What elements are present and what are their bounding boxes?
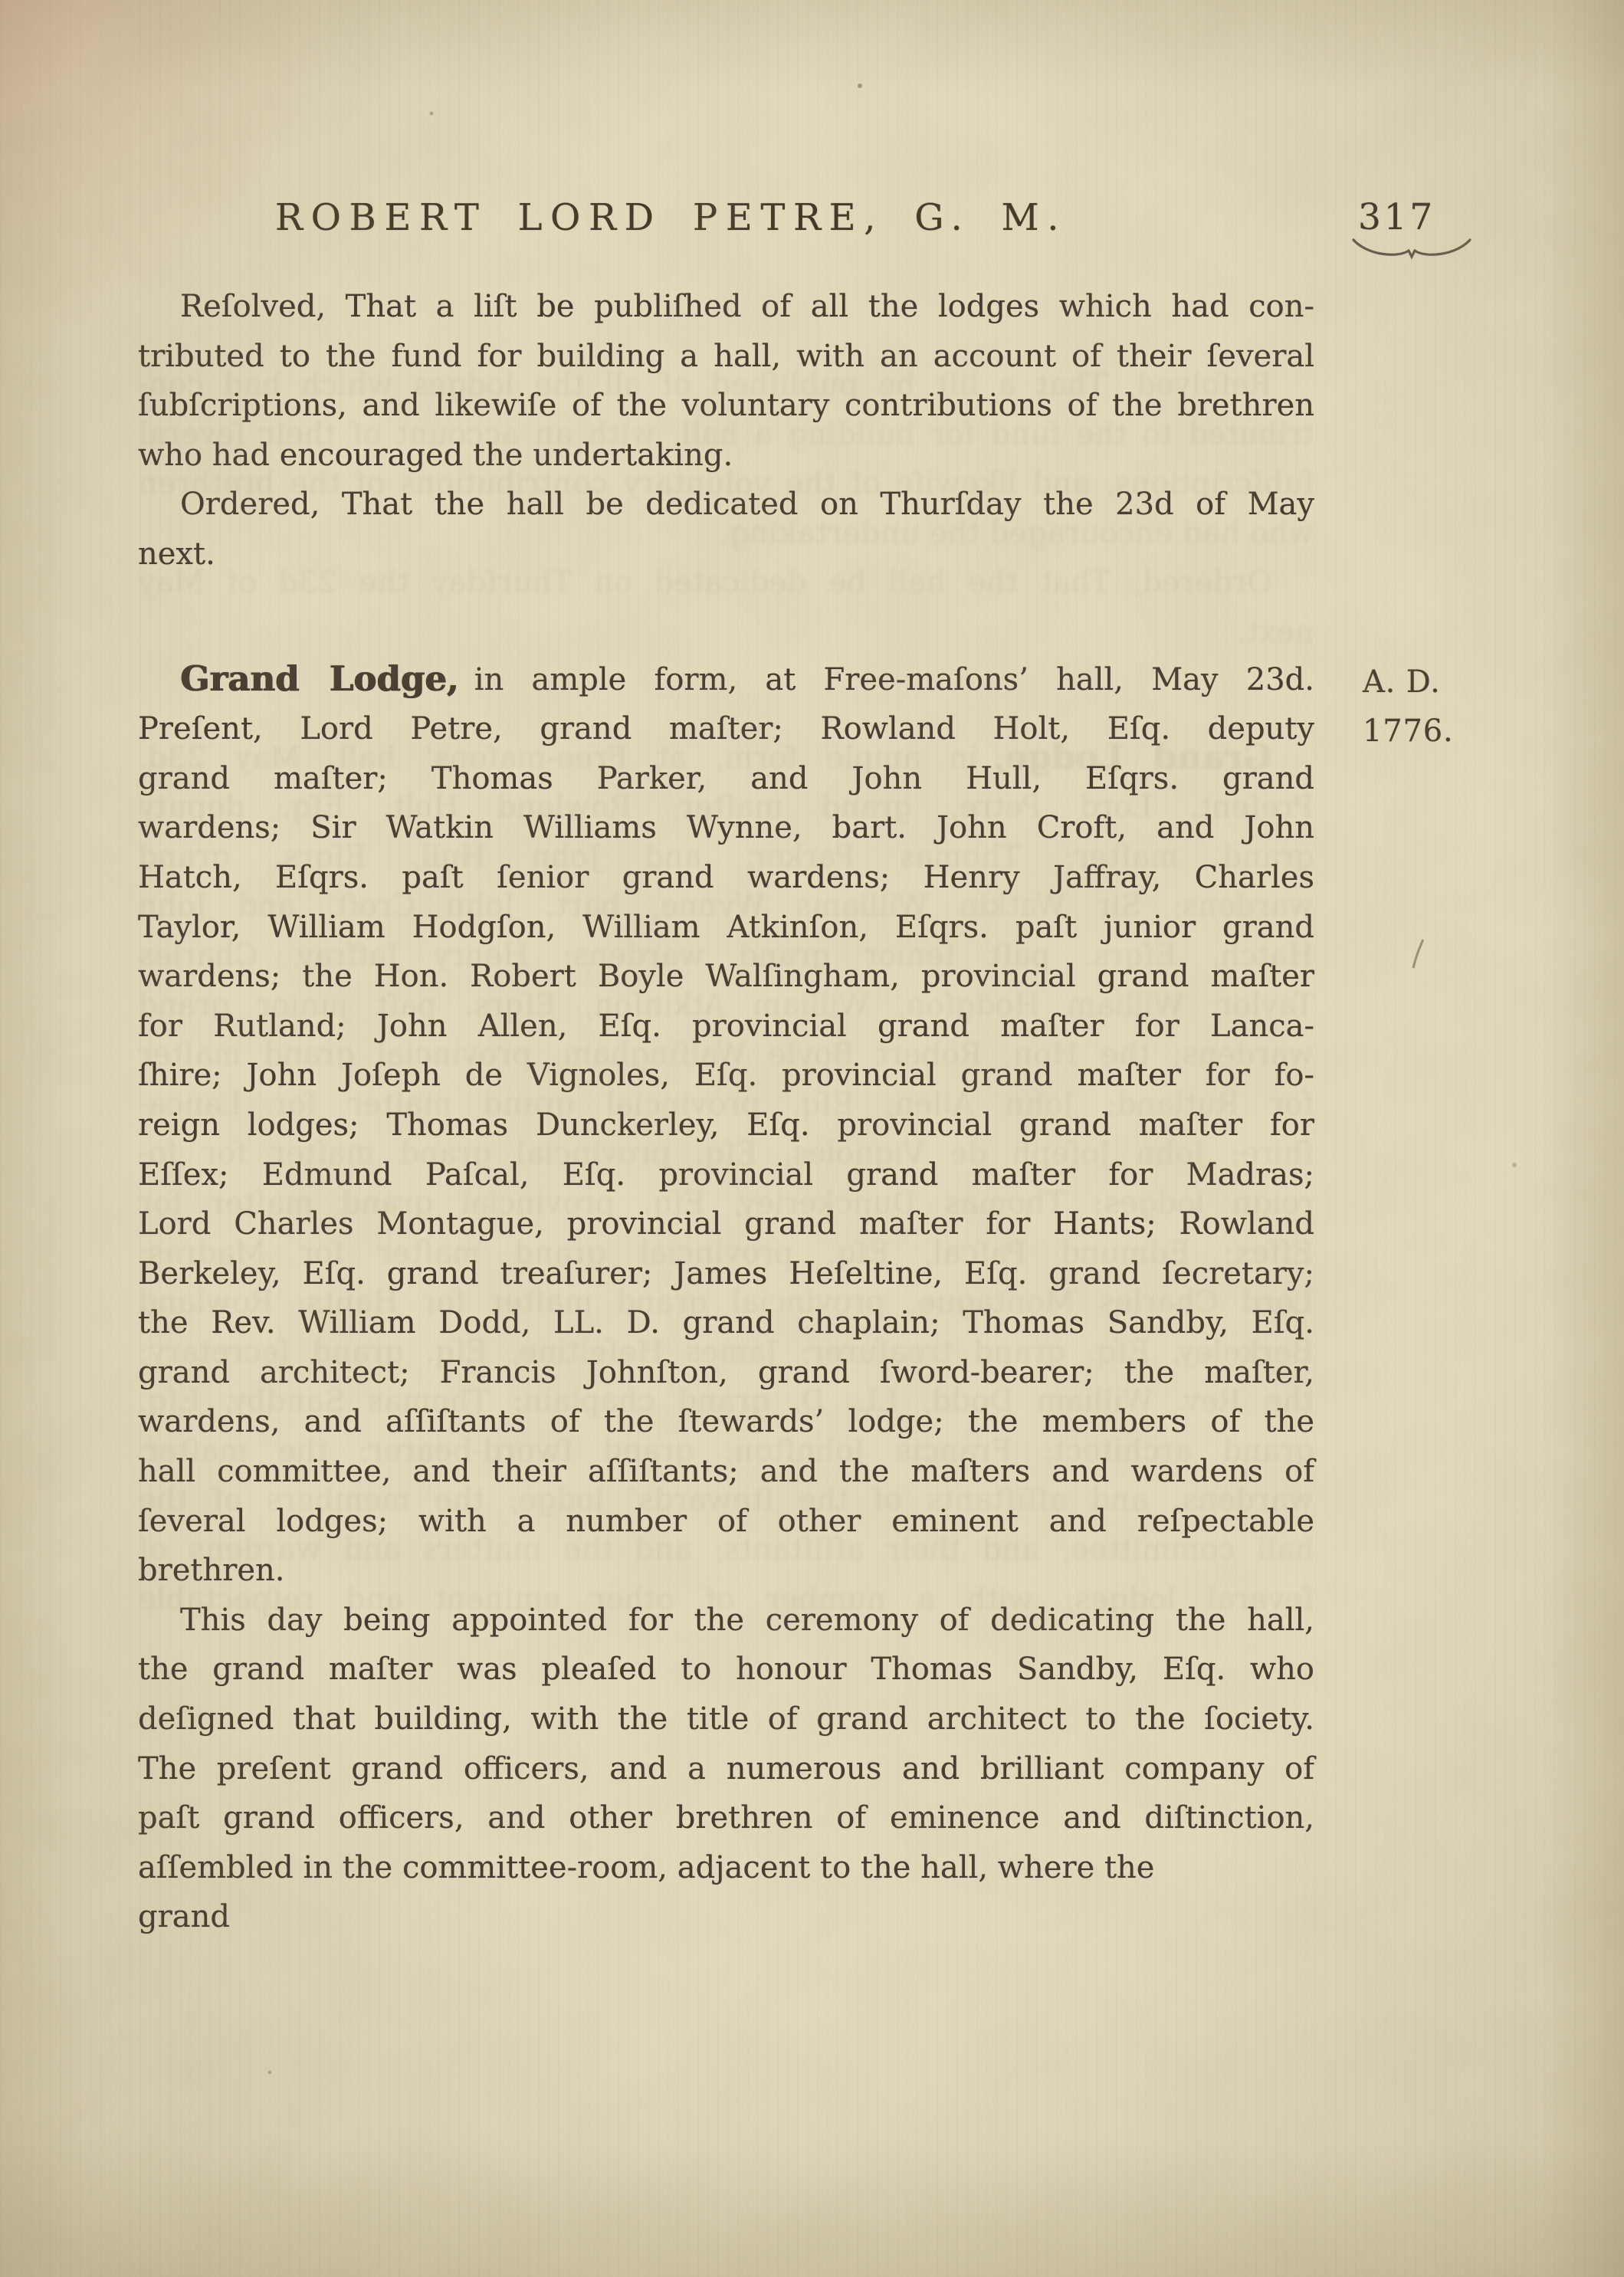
- line-text: aſſembled in the committee-room, adjacen…: [138, 1843, 1314, 1893]
- line-text: deſigned that building, with the title o…: [138, 1695, 1314, 1744]
- line-text: The preſent grand officers, and a numero…: [138, 1744, 1314, 1794]
- line-text: brethren.: [138, 1546, 1314, 1596]
- line-text: for Rutland; John Allen, Eſq. provincial…: [138, 1002, 1314, 1052]
- line-text: Taylor, William Hodgſon, William Atkinſo…: [138, 903, 1314, 953]
- line-text: grand maſter; Thomas Parker, and John Hu…: [138, 754, 1314, 804]
- line-text: This day being appointed for the ceremon…: [138, 1596, 1314, 1645]
- line-text: next.: [138, 530, 1314, 579]
- margin-note-year: 1776.: [1363, 707, 1454, 756]
- line-text: wardens, and aſſiſtants of the ſtewards’…: [138, 1397, 1314, 1447]
- line-text: reign lodges; Thomas Dunckerley, Eſq. pr…: [138, 1101, 1314, 1150]
- paragraph-resolved: Reſolved, That a liſt be publiſhed of al…: [138, 282, 1314, 480]
- line-text: Berkeley, Eſq. grand treaſurer; James He…: [138, 1249, 1314, 1299]
- running-header: ROBERT LORD PETRE, G. M.: [83, 196, 1259, 239]
- line-text: wardens; the Hon. Robert Boyle Walſingha…: [138, 952, 1314, 1002]
- line-text: grand architect; Francis Johnſton, grand…: [138, 1348, 1314, 1398]
- margin-note-era: A. D.: [1363, 658, 1454, 707]
- line-text: in ample form, at Free-maſons’ hall, May…: [474, 662, 1314, 697]
- line-text: Eſſex; Edmund Paſcal, Eſq. provincial gr…: [138, 1150, 1314, 1200]
- line-text: ſhire; John Joſeph de Vignoles, Eſq. pro…: [138, 1051, 1314, 1101]
- paragraph-dedication-day: This day being appointed for the ceremon…: [138, 1596, 1314, 1893]
- line-text: Reſolved, That a liſt be publiſhed of al…: [138, 282, 1314, 332]
- book-page-scan: Reſolved, That a liſt be publiſhed of al…: [0, 0, 1624, 2277]
- line-text: Lord Charles Montague, provincial grand …: [138, 1199, 1314, 1249]
- line-text: Preſent, Lord Petre, grand maſter; Rowla…: [138, 704, 1314, 754]
- page-number-block: 317: [1358, 196, 1496, 261]
- line-text: paſt grand officers, and other brethren …: [138, 1793, 1314, 1843]
- paragraph-ordered: Ordered, That the hall be dedicated on T…: [138, 480, 1314, 579]
- margin-note: A. D. 1776.: [1363, 658, 1454, 756]
- text-block: Reſolved, That a liſt be publiſhed of al…: [138, 282, 1314, 1942]
- line-text: hall committee, and their aſſiſtants; an…: [138, 1447, 1314, 1497]
- line-text: the grand maſter was pleaſed to honour T…: [138, 1645, 1314, 1695]
- line-text: tributed to the fund for building a hall…: [138, 332, 1314, 382]
- page-number: 317: [1358, 196, 1435, 238]
- line-text: ſubſcriptions, and likewiſe of the volun…: [138, 381, 1314, 431]
- line-text: wardens; Sir Watkin Williams Wynne, bart…: [138, 803, 1314, 853]
- blackletter-lead: Grand Lodge,: [180, 658, 459, 699]
- paragraph-grand-lodge-minutes: Grand Lodge,in ample form, at Free-maſon…: [138, 654, 1314, 1596]
- line-text: who had encouraged the undertaking.: [138, 431, 1314, 481]
- line-text: ſeveral lodges; with a number of other e…: [138, 1497, 1314, 1547]
- brace-swash-icon: [1350, 235, 1477, 261]
- line-text: the Rev. William Dodd, LL. D. grand chap…: [138, 1298, 1314, 1348]
- line-text: Ordered, That the hall be dedicated on T…: [138, 480, 1314, 530]
- line-text: Hatch, Eſqrs. paſt ſenior grand wardens;…: [138, 853, 1314, 903]
- catchword: grand: [138, 1892, 1324, 1942]
